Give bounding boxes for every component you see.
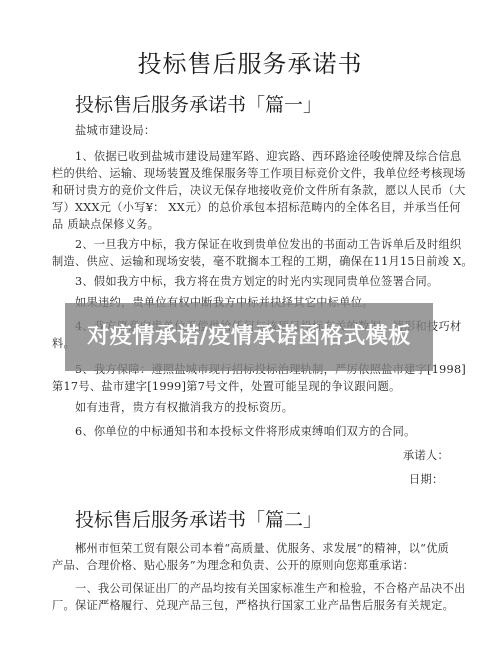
- section2-item1-line-1: 一、我公司保证出厂的产品均按有关国家标准生产和检验，不合格产品决不出: [75, 580, 466, 597]
- para1-line-5: 品 质缺点保修义务。: [52, 216, 159, 233]
- para5-line-2: 第17号、盐市建字[1999]第7号文件，处置可能呈现的争议跟问题。: [52, 378, 400, 395]
- section-heading-2: 投标售后服务承诺书「篇二」: [75, 505, 322, 532]
- section2-intro-line-2: 产品、合理价格、贴心服务”为理念和负责、公开的原则向您郑重承诺：: [52, 557, 414, 574]
- para3: 3、假如我方中标，我方将在贵方划定的时光内实现同贵单位签署合同。: [75, 273, 439, 290]
- overlay-title: 对疫情承诺/疫情承诺函格式模板: [65, 322, 433, 352]
- document-page: 投标售后服务承诺书 投标售后服务承诺书「篇一」 盐城市建设局： 1、依据已收到盐…: [0, 0, 500, 672]
- salutation: 盐城市建设局：: [75, 122, 155, 139]
- section2-intro-line-1: 郴州市恒荣工贸有限公司本着“高质量、优服务、求发展”的精神，以“优质: [75, 540, 449, 557]
- para5-revoke: 如有违背，贵方有权撤消我方的投标资历。: [75, 399, 293, 416]
- para1-line-3: 和研讨贵方的竞价文件后，决议无保存地接收竞价文件所有条款，愿以人民币（大: [52, 182, 466, 199]
- title-overlay-banner: 对疫情承诺/疫情承诺函格式模板: [65, 303, 433, 371]
- para2-line-1: 2、一旦我方中标，我方保证在收到贵单位发出的书面动工告诉单后及时组织: [75, 236, 462, 253]
- section2-item1-line-2: 厂。保证严格履行、兑现产品三包，严格执行国家工业产品售后服务有关规定。: [52, 597, 454, 614]
- date-label: 日期：: [409, 471, 443, 488]
- para6: 6、你单位的中标通知书和本投标文件将形成束缚咱们双方的合同。: [75, 423, 416, 440]
- para1-line-4: 写）XXX元（小写¥： XX元）的总价承包本招标范畴内的全体名目，并承当任何: [52, 199, 461, 216]
- document-main-title: 投标售后服务承诺书: [0, 44, 500, 79]
- para1-line-1: 1、依据已收到盐城市建设局建军路、迎宾路、西环路途径唆使牌及综合信息: [75, 148, 462, 165]
- para1-line-2: 栏的供给、运输、现场装置及维保服务等工作项目标竞价文件，我单位经考核现场: [52, 165, 466, 182]
- signer-label: 承诺人：: [403, 447, 449, 464]
- section-heading-1: 投标售后服务承诺书「篇一」: [75, 90, 322, 117]
- para2-line-2: 制造、供应、运输和现场安装，毫不耽搁本工程的工期，确保在11月15日前竣 X。: [52, 253, 473, 270]
